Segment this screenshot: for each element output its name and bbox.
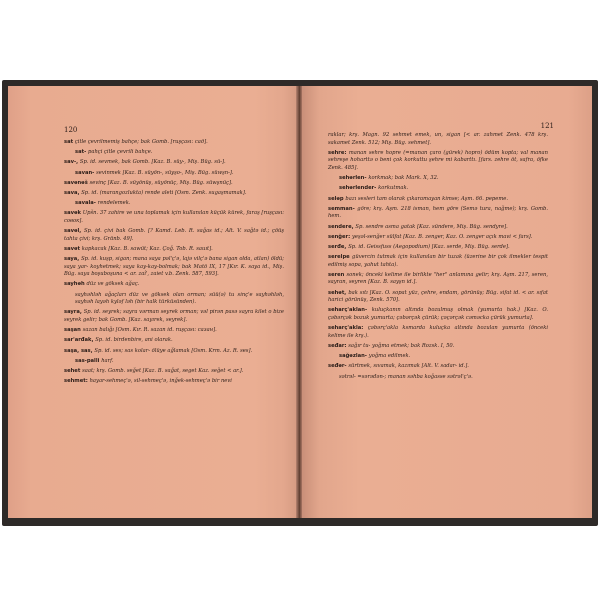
dictionary-entry: sətrəl- =sərəđən-; manan səhba koğasse s… xyxy=(328,374,548,382)
dictionary-entry: savan- sevinmek [Kaz. B. süyön-, süyşo-,… xyxy=(64,170,284,178)
entry-definition: sonek; önceki kelime ile birlikte "her" … xyxy=(328,272,548,286)
dictionary-entry: seren sonek; önceki kelime ile birlikte … xyxy=(328,272,548,287)
entry-headword: sar'arđak, xyxy=(64,337,95,343)
dictionary-entry: sayhəh düz ve göksek ağaç. xyxy=(64,281,284,289)
dictionary-entry: sendere, Sp. sendre asma gatak [Kaz. sün… xyxy=(328,224,548,232)
entry-headword: seləp xyxy=(328,196,345,202)
entry-headword: saşan xyxy=(64,327,83,333)
entry-headword: serelpe xyxy=(328,254,352,260)
dictionary-entry: sayhəhləh ağaçları düz ve göksek olan or… xyxy=(64,292,284,307)
dictionary-entry: saya, Sp. id. kuşp, sigan; mana saya pəl… xyxy=(64,256,284,279)
entry-definition: hayar-sehmeç'ə, sil-sehmeç'ə, inğek-sehm… xyxy=(90,378,232,384)
dictionary-entry: saşan sazan balığı [Osm. Kır. R. sazan i… xyxy=(64,327,284,335)
entry-definition: çitle çevrilmemiş bahçe; bak Gomb. [ruşç… xyxy=(75,139,208,145)
entry-headword: senğer: xyxy=(328,234,352,240)
entry-definition: sətrəl- =sərəđən-; manan səhba koğasse s… xyxy=(339,374,473,380)
dictionary-entry: savək Upšn. 37 zahire ve una toplamak iç… xyxy=(64,210,284,225)
dictionary-entry: savət kapkacak [Kaz. B. sawüt; Kaz. Çoğ.… xyxy=(64,246,284,254)
dictionary-entry: seđər- sürtmek, sıvamak, kazımak [Alt. V… xyxy=(328,363,548,371)
entry-definition: Sp. id. çivi bak Gomb. [? Kamd. Leb. R. … xyxy=(64,228,284,242)
dictionary-entry: sayra, Sp. id. seyrek; sayra vərman seyr… xyxy=(64,309,284,324)
entry-definition: Sp. id. seyrek; sayra vərman seyrek orma… xyxy=(64,309,284,323)
entry-definition: sazan balığı [Osm. Kır. R. sazan id. ruş… xyxy=(83,327,217,333)
entry-definition: Sp. sendre asma gatak [Kaz. sündere, Miş… xyxy=(355,224,507,230)
entry-definition: sürtmek, sıvamak, kazımak [Alt. V. sadar… xyxy=(348,363,469,369)
dictionary-entry: sağəzlan- yoğma edilmek. xyxy=(328,353,548,361)
dictionary-entry: seharç'akla: çəbərç'akla ksmarda kuluçka… xyxy=(328,325,548,340)
entry-definition: harf. xyxy=(101,358,113,364)
entry-headword: seharç'aklan- xyxy=(328,307,372,313)
left-page: 120 sat çitle çevrilmemiş bahçe; bak Gom… xyxy=(8,86,298,518)
entry-definition: Sp. id. (marangozlukta) rende aleti [Osm… xyxy=(81,190,246,196)
entry-definition: bazı sesleri tam olarak çıkaramayan kims… xyxy=(345,196,508,202)
entry-definition: düz ve göksek ağaç. xyxy=(87,281,140,287)
entry-definition: sağır tu- yoğma etmek; bak Rozsk. I, 50. xyxy=(348,343,454,349)
dictionary-entry: senğer: yeşəl-senğer sülfat [Kaz. B. zen… xyxy=(328,234,548,242)
dictionary-entry: savala- rendelemek. xyxy=(64,200,284,208)
entry-headword: semman- xyxy=(328,206,357,212)
dictionary-entry: semman- göre; krş. Aşm. 218 isman, hem g… xyxy=(328,206,548,221)
dictionary-entry: sehre: manan sehre hopre (=manan çaro (g… xyxy=(328,150,548,173)
entry-headword: savənəš xyxy=(64,180,90,186)
dictionary-entry: savəl, Sp. id. çivi bak Gomb. [? Kamd. L… xyxy=(64,228,284,243)
entry-headword: sehre: xyxy=(328,150,349,156)
left-page-entries: sat çitle çevrilmemiş bahçe; bak Gomb. [… xyxy=(64,139,284,388)
dictionary-entry: savənəš sevinç [Kaz. B. süyönüş, süyönüç… xyxy=(64,180,284,188)
entry-definition: manan sehre hopre (=manan çaro (gürek) h… xyxy=(328,150,548,171)
entry-headword: sayhəh xyxy=(64,281,87,287)
entry-headword: sat- xyxy=(75,149,88,155)
open-book: 120 sat çitle çevrilmemiş bahçe; bak Gom… xyxy=(2,80,598,526)
entry-headword: seharç'akla: xyxy=(328,325,368,331)
entry-headword: serđe, xyxy=(328,244,348,250)
entry-definition: korkutmak. xyxy=(378,185,408,191)
entry-definition: Sp. id. ses; sas kolar- ölüye ağlamak [O… xyxy=(94,348,252,354)
entry-headword: saşa, sas, xyxy=(64,348,94,354)
entry-definition: rendelemek. xyxy=(98,200,131,206)
entry-headword: sav-, xyxy=(64,159,80,165)
dictionary-entry: sas-palli harf. xyxy=(64,358,284,366)
entry-definition: Sp. id. Geissfuss (Aegopodium) [Kaz. ser… xyxy=(348,244,509,250)
entry-definition: sevinmek [Kaz. B. süyön-, süyşo-, Miş. B… xyxy=(96,170,233,176)
dictionary-entry: sehmet: hayar-sehmeç'ə, sil-sehmeç'ə, in… xyxy=(64,378,284,386)
entry-headword: seđar: xyxy=(328,343,348,349)
entry-headword: sas-palli xyxy=(75,358,101,364)
dictionary-entry: sehət, bak sıtı [Kaz. O. sopat yüz, çehr… xyxy=(328,290,548,305)
entry-definition: Sp. id. kuşp, sigan; mana saya pəl'ç'ə, … xyxy=(64,256,284,277)
entry-definition: saat; krş. Gomb. seğet [Kaz. B. sağat, s… xyxy=(82,368,243,374)
entry-definition: Sp. id. sevmek, bak Gomb. [Kaz. B. süy-,… xyxy=(80,159,226,165)
entry-headword: seđər- xyxy=(328,363,348,369)
dictionary-entry: sehərlen- korkmak; bak Mark. X, 32. xyxy=(328,175,548,183)
entry-definition: sevinç [Kaz. B. süyönüş, süyönüç, Miş. B… xyxy=(90,180,233,186)
dictionary-entry: saşa, sas, Sp. id. ses; sas kolar- ölüye… xyxy=(64,348,284,356)
page-number-right: 121 xyxy=(541,122,554,130)
entry-definition: sayhəhləh ağaçları düz ve göksek olan or… xyxy=(75,292,284,306)
entry-headword: sayra, xyxy=(64,309,84,315)
dictionary-entry: sat çitle çevrilmemiş bahçe; bak Gomb. [… xyxy=(64,139,284,147)
entry-headword: sehət, xyxy=(328,290,348,296)
entry-definition: korkmak; bak Mark. X, 32. xyxy=(368,175,438,181)
right-page: 121 raklar; krş. Magn. 92 sehmet emek, u… xyxy=(302,86,592,518)
dictionary-entry: serelpe güvercin tutmak için kullanılan … xyxy=(328,254,548,269)
dictionary-entry: serđe, Sp. id. Geissfuss (Aegopodium) [K… xyxy=(328,244,548,252)
entry-headword: sehet xyxy=(64,368,82,374)
entry-headword: seren xyxy=(328,272,347,278)
entry-definition: göre; krş. Aşm. 218 isman, hem göre (Sem… xyxy=(328,206,548,220)
entry-headword: savala- xyxy=(75,200,98,206)
dictionary-entry: sehet saat; krş. Gomb. seğet [Kaz. B. sa… xyxy=(64,368,284,376)
entry-headword: savan- xyxy=(75,170,96,176)
entry-headword: sağəzlan- xyxy=(339,353,369,359)
entry-headword: savəl, xyxy=(64,228,84,234)
entry-definition: Upšn. 37 zahire ve una toplamak için kul… xyxy=(64,210,284,224)
dictionary-entry: seđar: sağır tu- yoğma etmek; bak Rozsk.… xyxy=(328,343,548,351)
entry-headword: sava, xyxy=(64,190,81,196)
dictionary-entry: sava, Sp. id. (marangozlukta) rende alet… xyxy=(64,190,284,198)
entry-headword: sendere, xyxy=(328,224,355,230)
entry-headword: savət xyxy=(64,246,82,252)
entry-headword: sat xyxy=(64,139,75,145)
dictionary-entry: sar'arđak, Sp. id. birdenbire, ani olara… xyxy=(64,337,284,345)
entry-definition: raklar; krş. Magn. 92 sehmet emek, un, s… xyxy=(328,132,548,146)
entry-headword: sehərlen- xyxy=(339,175,368,181)
entry-headword: sehərlender- xyxy=(339,185,378,191)
entry-definition: bak sıtı [Kaz. O. sopat yüz, çehre, enda… xyxy=(328,290,548,304)
entry-headword: saya, xyxy=(64,256,81,262)
entry-definition: yoğma edilmek. xyxy=(369,353,411,359)
entry-definition: kapkacak [Kaz. B. sawüt; Kaz. Çoğ. Tob. … xyxy=(82,246,213,252)
entry-definition: Sp. id. birdenbire, ani olarak. xyxy=(95,337,172,343)
dictionary-entry: raklar; krş. Magn. 92 sehmet emek, un, s… xyxy=(328,132,548,147)
dictionary-entry: sat- pahçi çitle çevrili bahçe. xyxy=(64,149,284,157)
entry-headword: sehmet: xyxy=(64,378,90,384)
dictionary-entry: sehərlender- korkutmak. xyxy=(328,185,548,193)
entry-definition: yeşəl-senğer sülfat [Kaz. B. zenger, Kaz… xyxy=(352,234,532,240)
dictionary-entry: sav-, Sp. id. sevmek, bak Gomb. [Kaz. B.… xyxy=(64,159,284,167)
entry-headword: savək xyxy=(64,210,83,216)
entry-definition: pahçi çitle çevrili bahçe. xyxy=(88,149,152,155)
dictionary-entry: seləp bazı sesleri tam olarak çıkaramaya… xyxy=(328,196,548,204)
right-page-entries: raklar; krş. Magn. 92 sehmet emek, un, s… xyxy=(328,132,548,384)
entry-definition: güvercin tutmak için kullanılan bir tuza… xyxy=(328,254,548,268)
dictionary-entry: seharç'aklan- kuluçkanın altında bozulmu… xyxy=(328,307,548,322)
page-number-left: 120 xyxy=(64,126,77,134)
